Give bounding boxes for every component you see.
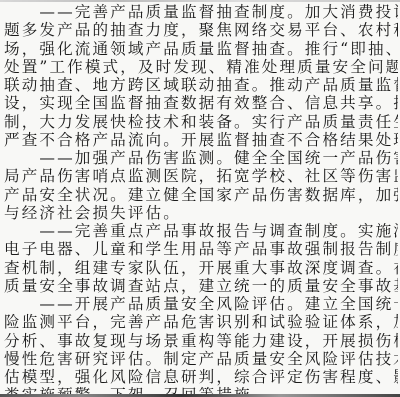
text-line: 与经济社会损失评估。 <box>4 204 398 222</box>
text-line: ——完善重点产品事故报告与调查制度。实施汽车、电动自行车、 <box>4 222 398 240</box>
text-line: 严查不合格产品流向。开展监督抽查不合格结果处理督导检查。 <box>4 131 398 149</box>
text-line: 设，实现全国监督抽查数据有效整合、信息共享。推动实施快速检验机 <box>4 94 398 112</box>
text-line: 分析、事故复现与场景重构等能力建设，开展损伤机理、有毒有害物质 <box>4 332 398 350</box>
document-page: ——完善产品质量监督抽查制度。加大消费投诉集中产品、质量问 题多发产品的抽查力度… <box>0 0 400 397</box>
text-line: 处置”工作模式，及时发现、精准处理质量安全问题。开展国家与地方 <box>4 58 398 76</box>
text-line: 产品安全状况。建立健全国家产品伤害数据库，加强产品伤害统计分析 <box>4 186 398 204</box>
text-line: 险监测平台，完善产品危害识别和试验验证体系，加强产品缺陷与失效 <box>4 313 398 331</box>
text-line: ——开展产品质量安全风险评估。建立全国统一的产品质量安全风 <box>4 295 398 313</box>
text-line: 质量安全事故调查站点，建立统一的质量安全事故基础数据库。 <box>4 277 398 295</box>
text-line: ——完善产品质量监督抽查制度。加大消费投诉集中产品、质量问 <box>4 3 398 21</box>
text-line: 查机制，组建专家队伍，开展重大事故深度调查。在全国布局一批产品 <box>4 259 398 277</box>
text-line: 题多发产品的抽查力度，聚焦网络交易平台、农村和城乡结合部消费市 <box>4 21 398 39</box>
text-line: 估模型，强化风险信息研判，综合评定伤害程度、影响、风险等级，分 <box>4 368 398 386</box>
text-line: 电子电器、儿童和学生用品等产品事故强制报告制度。健全产品事故调 <box>4 240 398 258</box>
paragraph-accident-reporting: ——完善重点产品事故报告与调查制度。实施汽车、电动自行车、 电子电器、儿童和学生… <box>4 222 398 295</box>
text-line: 局产品伤害哨点监测医院，拓宽学校、社区等伤害监测渠道，实时监测 <box>4 167 398 185</box>
text-line: 联动抽查、地方跨区域联动抽查。推动产品质量监督抽查全国一体化建 <box>4 76 398 94</box>
paragraph-injury-monitoring: ——加强产品伤害监测。健全全国统一产品伤害监测系统，合理布 局产品伤害哨点监测医… <box>4 149 398 222</box>
text-line: 场，强化流通领域产品质量监督抽查。推行“即抽、即检、即报告、即 <box>4 40 398 58</box>
text-line: ——加强产品伤害监测。健全全国统一产品伤害监测系统，合理布 <box>4 149 398 167</box>
paragraph-supervision-inspection: ——完善产品质量监督抽查制度。加大消费投诉集中产品、质量问 题多发产品的抽查力度… <box>4 3 398 149</box>
text-line: 制，大力发展快检技术和装备。实行产品质量责任生产流通双向追查， <box>4 113 398 131</box>
paragraph-risk-assessment: ——开展产品质量安全风险评估。建立全国统一的产品质量安全风 险监测平台，完善产品… <box>4 295 398 397</box>
text-line: 慢性危害研究评估。制定产品质量安全风险评估技术规则，建立风险评 <box>4 350 398 368</box>
body-text: ——完善产品质量监督抽查制度。加大消费投诉集中产品、质量问 题多发产品的抽查力度… <box>4 3 398 397</box>
top-edge-rule <box>0 0 400 2</box>
